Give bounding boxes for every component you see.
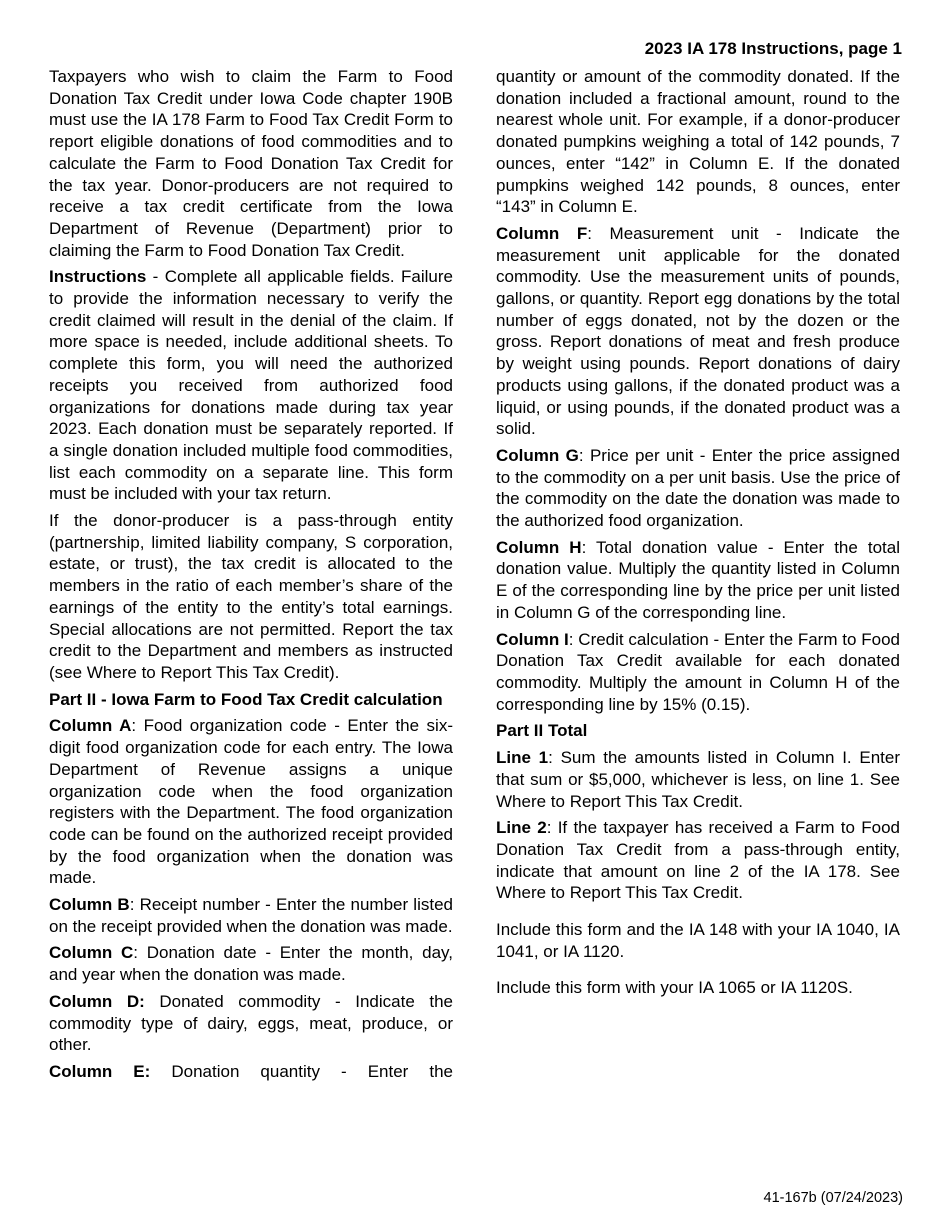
bold-lead: Line 2 (496, 818, 547, 837)
bold-lead: Column E: (49, 1062, 150, 1081)
paragraph-text: : Measurement unit - Indicate the measur… (496, 224, 900, 438)
paragraph-text: Include this form and the IA 148 with yo… (496, 920, 900, 961)
paragraph-text: Taxpayers who wish to claim the Farm to … (49, 67, 453, 260)
paragraph-column-i: Column I: Credit calculation - Enter the… (496, 629, 900, 716)
paragraph-text: : Sum the amounts listed in Column I. En… (496, 748, 900, 810)
paragraph-column-f: Column F: Measurement unit - Indicate th… (496, 223, 900, 440)
heading-part-2-total: Part II Total (496, 720, 900, 742)
bold-lead: Column D: (49, 992, 145, 1011)
paragraph-text: : If the taxpayer has received a Farm to… (496, 818, 900, 902)
bold-lead: Column F (496, 224, 587, 243)
paragraph-overview: Taxpayers who wish to claim the Farm to … (49, 66, 453, 261)
paragraph-pass-through: If the donor-producer is a pass-through … (49, 510, 453, 684)
paragraph-text: Donation quantity - Enter the (150, 1062, 453, 1081)
paragraph-column-a: Column A: Food organization code - Enter… (49, 715, 453, 889)
two-column-layout: Taxpayers who wish to claim the Farm to … (49, 66, 900, 1088)
paragraph-text: Include this form with your IA 1065 or I… (496, 978, 853, 997)
page-header-title: 2023 IA 178 Instructions, page 1 (49, 39, 902, 59)
paragraph-column-c: Column C: Donation date - Enter the mont… (49, 942, 453, 985)
paragraph-column-d: Column D: Donated commodity - Indicate t… (49, 991, 453, 1056)
paragraph-text: If the donor-producer is a pass-through … (49, 511, 453, 682)
paragraph-column-e-start: Column E: Donation quantity - Enter the (49, 1061, 453, 1083)
bold-lead: Instructions (49, 267, 146, 286)
paragraph-line-1: Line 1: Sum the amounts listed in Column… (496, 747, 900, 812)
bold-lead: Column I (496, 630, 569, 649)
paragraph-column-h: Column H: Total donation value - Enter t… (496, 537, 900, 624)
paragraph-text: quantity or amount of the commodity dona… (496, 67, 900, 216)
paragraph-include-ia-1065: Include this form with your IA 1065 or I… (496, 977, 900, 999)
paragraph-column-e-continued: quantity or amount of the commodity dona… (496, 66, 900, 218)
paragraph-column-b: Column B: Receipt number - Enter the num… (49, 894, 453, 937)
left-column: Taxpayers who wish to claim the Farm to … (49, 66, 453, 1088)
paragraph-column-g: Column G: Price per unit - Enter the pri… (496, 445, 900, 532)
bold-lead: Line 1 (496, 748, 548, 767)
heading-text: Part II Total (496, 721, 587, 740)
instructions-page: 2023 IA 178 Instructions, page 1 Taxpaye… (0, 0, 950, 1230)
paragraph-text: - Complete all applicable fields. Failur… (49, 267, 453, 503)
bold-lead: Column B (49, 895, 130, 914)
bold-lead: Column C (49, 943, 133, 962)
form-number-footer: 41-167b (07/24/2023) (49, 1190, 903, 1207)
paragraph-line-2: Line 2: If the taxpayer has received a F… (496, 817, 900, 904)
paragraph-text: : Food organization code - Enter the six… (49, 716, 453, 887)
heading-text: Part II - Iowa Farm to Food Tax Credit c… (49, 690, 443, 709)
right-column: quantity or amount of the commodity dona… (496, 66, 900, 1088)
bold-lead: Column A (49, 716, 131, 735)
bold-lead: Column G (496, 446, 579, 465)
heading-part-2: Part II - Iowa Farm to Food Tax Credit c… (49, 689, 453, 711)
bold-lead: Column H (496, 538, 582, 557)
paragraph-instructions: Instructions - Complete all applicable f… (49, 266, 453, 505)
paragraph-include-ia-148: Include this form and the IA 148 with yo… (496, 919, 900, 962)
